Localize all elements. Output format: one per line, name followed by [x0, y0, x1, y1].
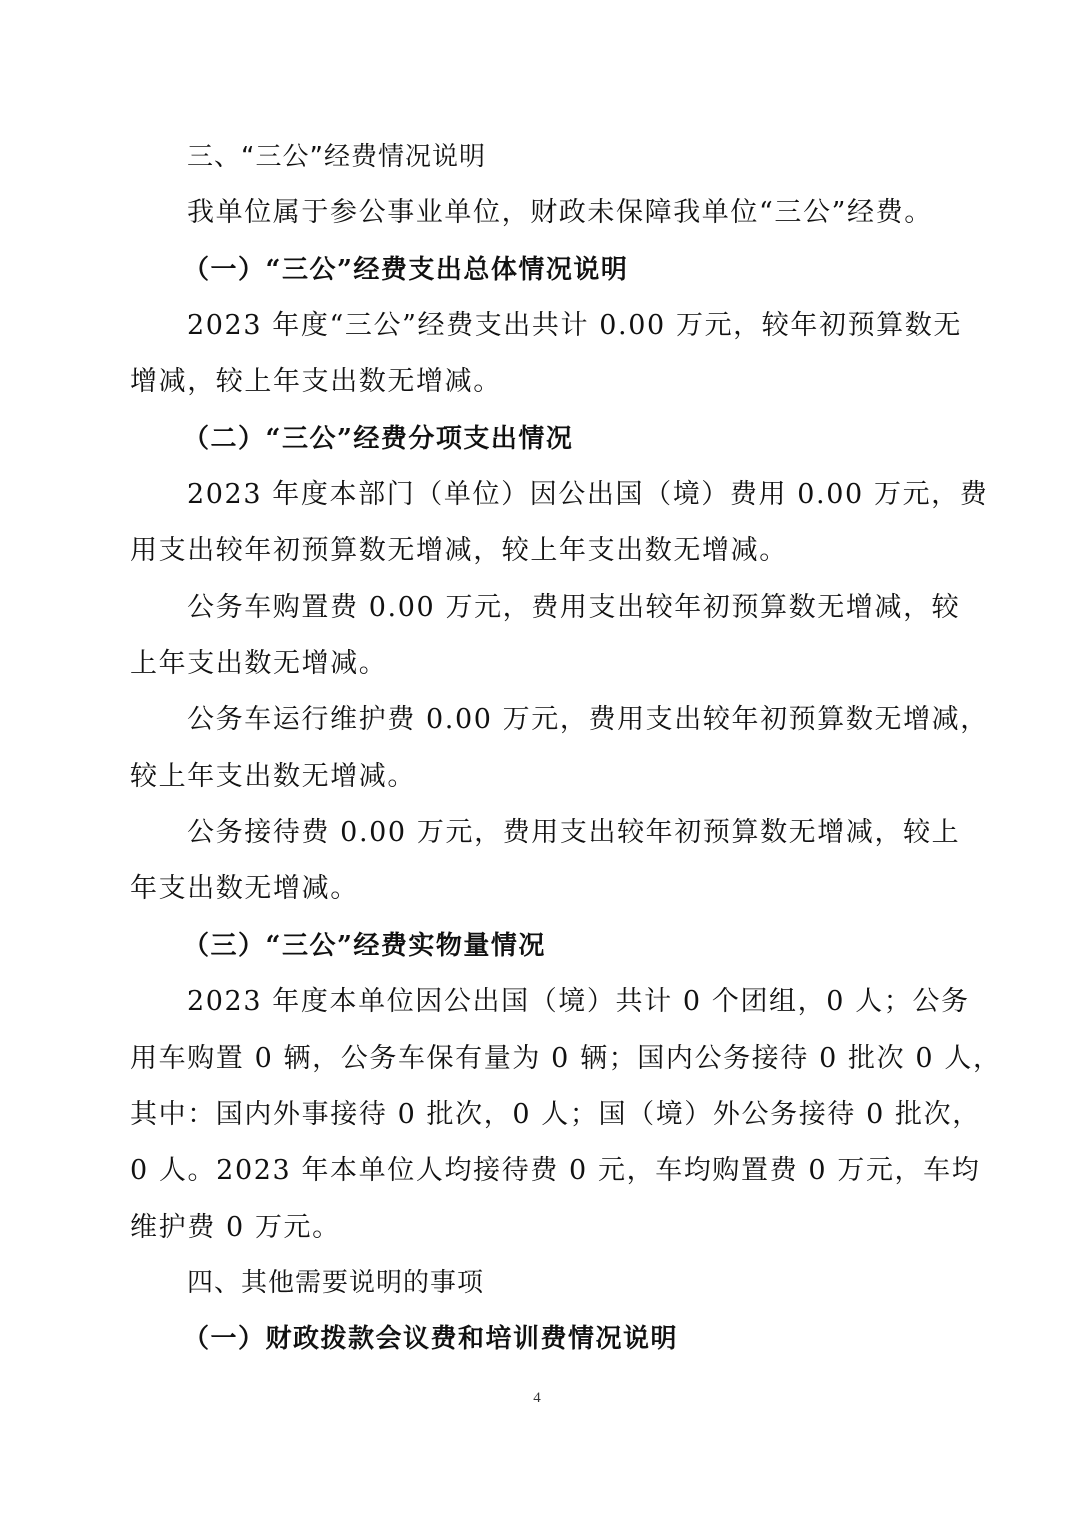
section-heading-three-public-expenses: 三、“三公”经费情况说明 — [187, 137, 1003, 177]
paragraph-physical-quantity-line2: 用车购置 0 辆，公务车保有量为 0 辆；国内公务接待 0 批次 0 人， — [130, 1039, 946, 1079]
paragraph-vehicle-purchase-line2: 上年支出数无增减。 — [130, 644, 946, 684]
paragraph-unit-status: 我单位属于参公事业单位，财政未保障我单位“三公”经费。 — [187, 193, 946, 233]
paragraph-physical-quantity-line5: 维护费 0 万元。 — [130, 1208, 946, 1248]
paragraph-vehicle-purchase-line1: 公务车购置费 0.00 万元，费用支出较年初预算数无增减，较 — [187, 588, 946, 628]
page-number: 4 — [0, 1390, 1074, 1407]
paragraph-total-expenditure-line1: 2023 年度“三公”经费支出共计 0.00 万元，较年初预算数无 — [187, 306, 946, 346]
paragraph-total-expenditure-line2: 增减，较上年支出数无增减。 — [130, 362, 946, 402]
paragraph-vehicle-maintenance-line1: 公务车运行维护费 0.00 万元，费用支出较年初预算数无增减， — [187, 700, 946, 740]
paragraph-physical-quantity-line1: 2023 年度本单位因公出国（境）共计 0 个团组，0 人；公务 — [187, 982, 946, 1022]
paragraph-vehicle-maintenance-line2: 较上年支出数无增减。 — [130, 757, 946, 797]
subheading-itemized-expenditure: （二）“三公”经费分项支出情况 — [183, 419, 999, 459]
paragraph-physical-quantity-line4: 0 人。2023 年本单位人均接待费 0 元，车均购置费 0 万元，车均 — [130, 1151, 946, 1191]
subheading-overall-expenditure: （一）“三公”经费支出总体情况说明 — [183, 250, 999, 290]
paragraph-overseas-travel-line2: 用支出较年初预算数无增减，较上年支出数无增减。 — [130, 531, 946, 571]
paragraph-overseas-travel-line1: 2023 年度本部门（单位）因公出国（境）费用 0.00 万元，费 — [187, 475, 946, 515]
paragraph-reception-line2: 年支出数无增减。 — [130, 869, 946, 909]
document-page: 三、“三公”经费情况说明 我单位属于参公事业单位，财政未保障我单位“三公”经费。… — [0, 0, 1074, 1520]
section-heading-other-matters: 四、其他需要说明的事项 — [187, 1263, 1003, 1303]
paragraph-reception-line1: 公务接待费 0.00 万元，费用支出较年初预算数无增减，较上 — [187, 813, 946, 853]
paragraph-physical-quantity-line3: 其中：国内外事接待 0 批次，0 人；国（境）外公务接待 0 批次， — [130, 1095, 946, 1135]
subheading-meeting-training-fees: （一）财政拨款会议费和培训费情况说明 — [183, 1319, 999, 1359]
subheading-physical-quantity: （三）“三公”经费实物量情况 — [183, 926, 999, 966]
